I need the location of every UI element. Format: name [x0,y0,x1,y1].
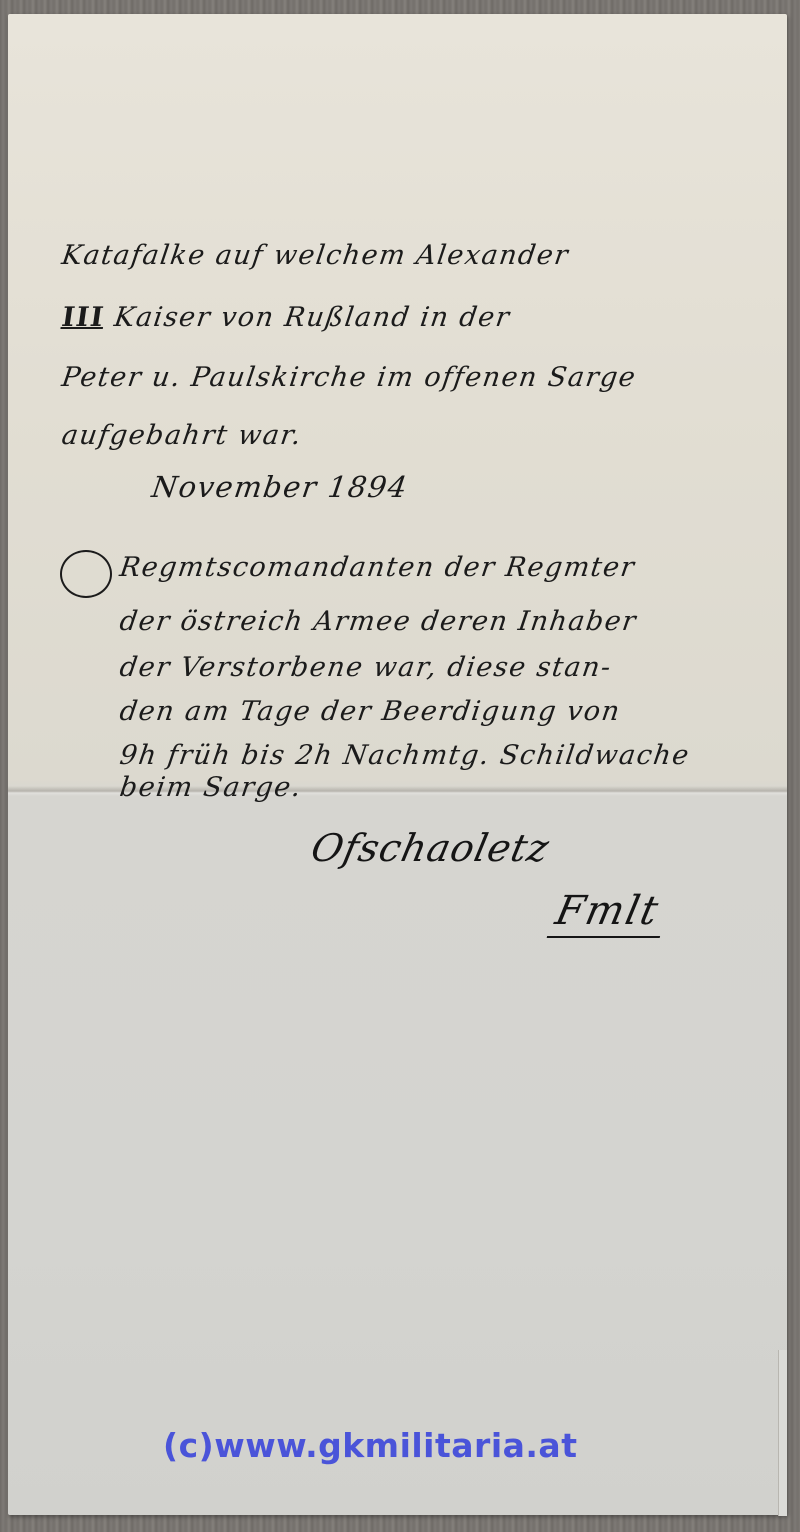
underlying-sheet-edge [778,1350,787,1516]
signature-rank: Fmlt [547,888,670,938]
text-line: den am Tage der Beerdigung von [118,696,623,727]
text-line: 9h früh bis 2h Nachmtg. Schildwache [118,740,692,771]
text-line: Katafalke auf welchem Alexander [60,240,571,271]
text-line: aufgebahrt war. [60,420,304,451]
text-line-2: III Kaiser von Rußland in der [60,302,513,333]
signature-name: Ofschaoletz [307,826,553,870]
text-line: der Verstorbene war, diese stan- [118,652,614,683]
text-line: Regmtscomandanten der Regmter [118,552,637,583]
text-line-content: Kaiser von Rußland in der [112,302,512,333]
document-date: November 1894 [150,470,411,504]
circle-marker-icon [60,550,112,598]
copyright-watermark: (c)www.gkmilitaria.at [163,1426,577,1465]
roman-numeral: III [60,302,107,333]
text-line: Peter u. Paulskirche im offenen Sarge [60,362,639,393]
text-line: der östreich Armee deren Inhaber [118,606,639,637]
text-line: beim Sarge. [118,772,304,803]
